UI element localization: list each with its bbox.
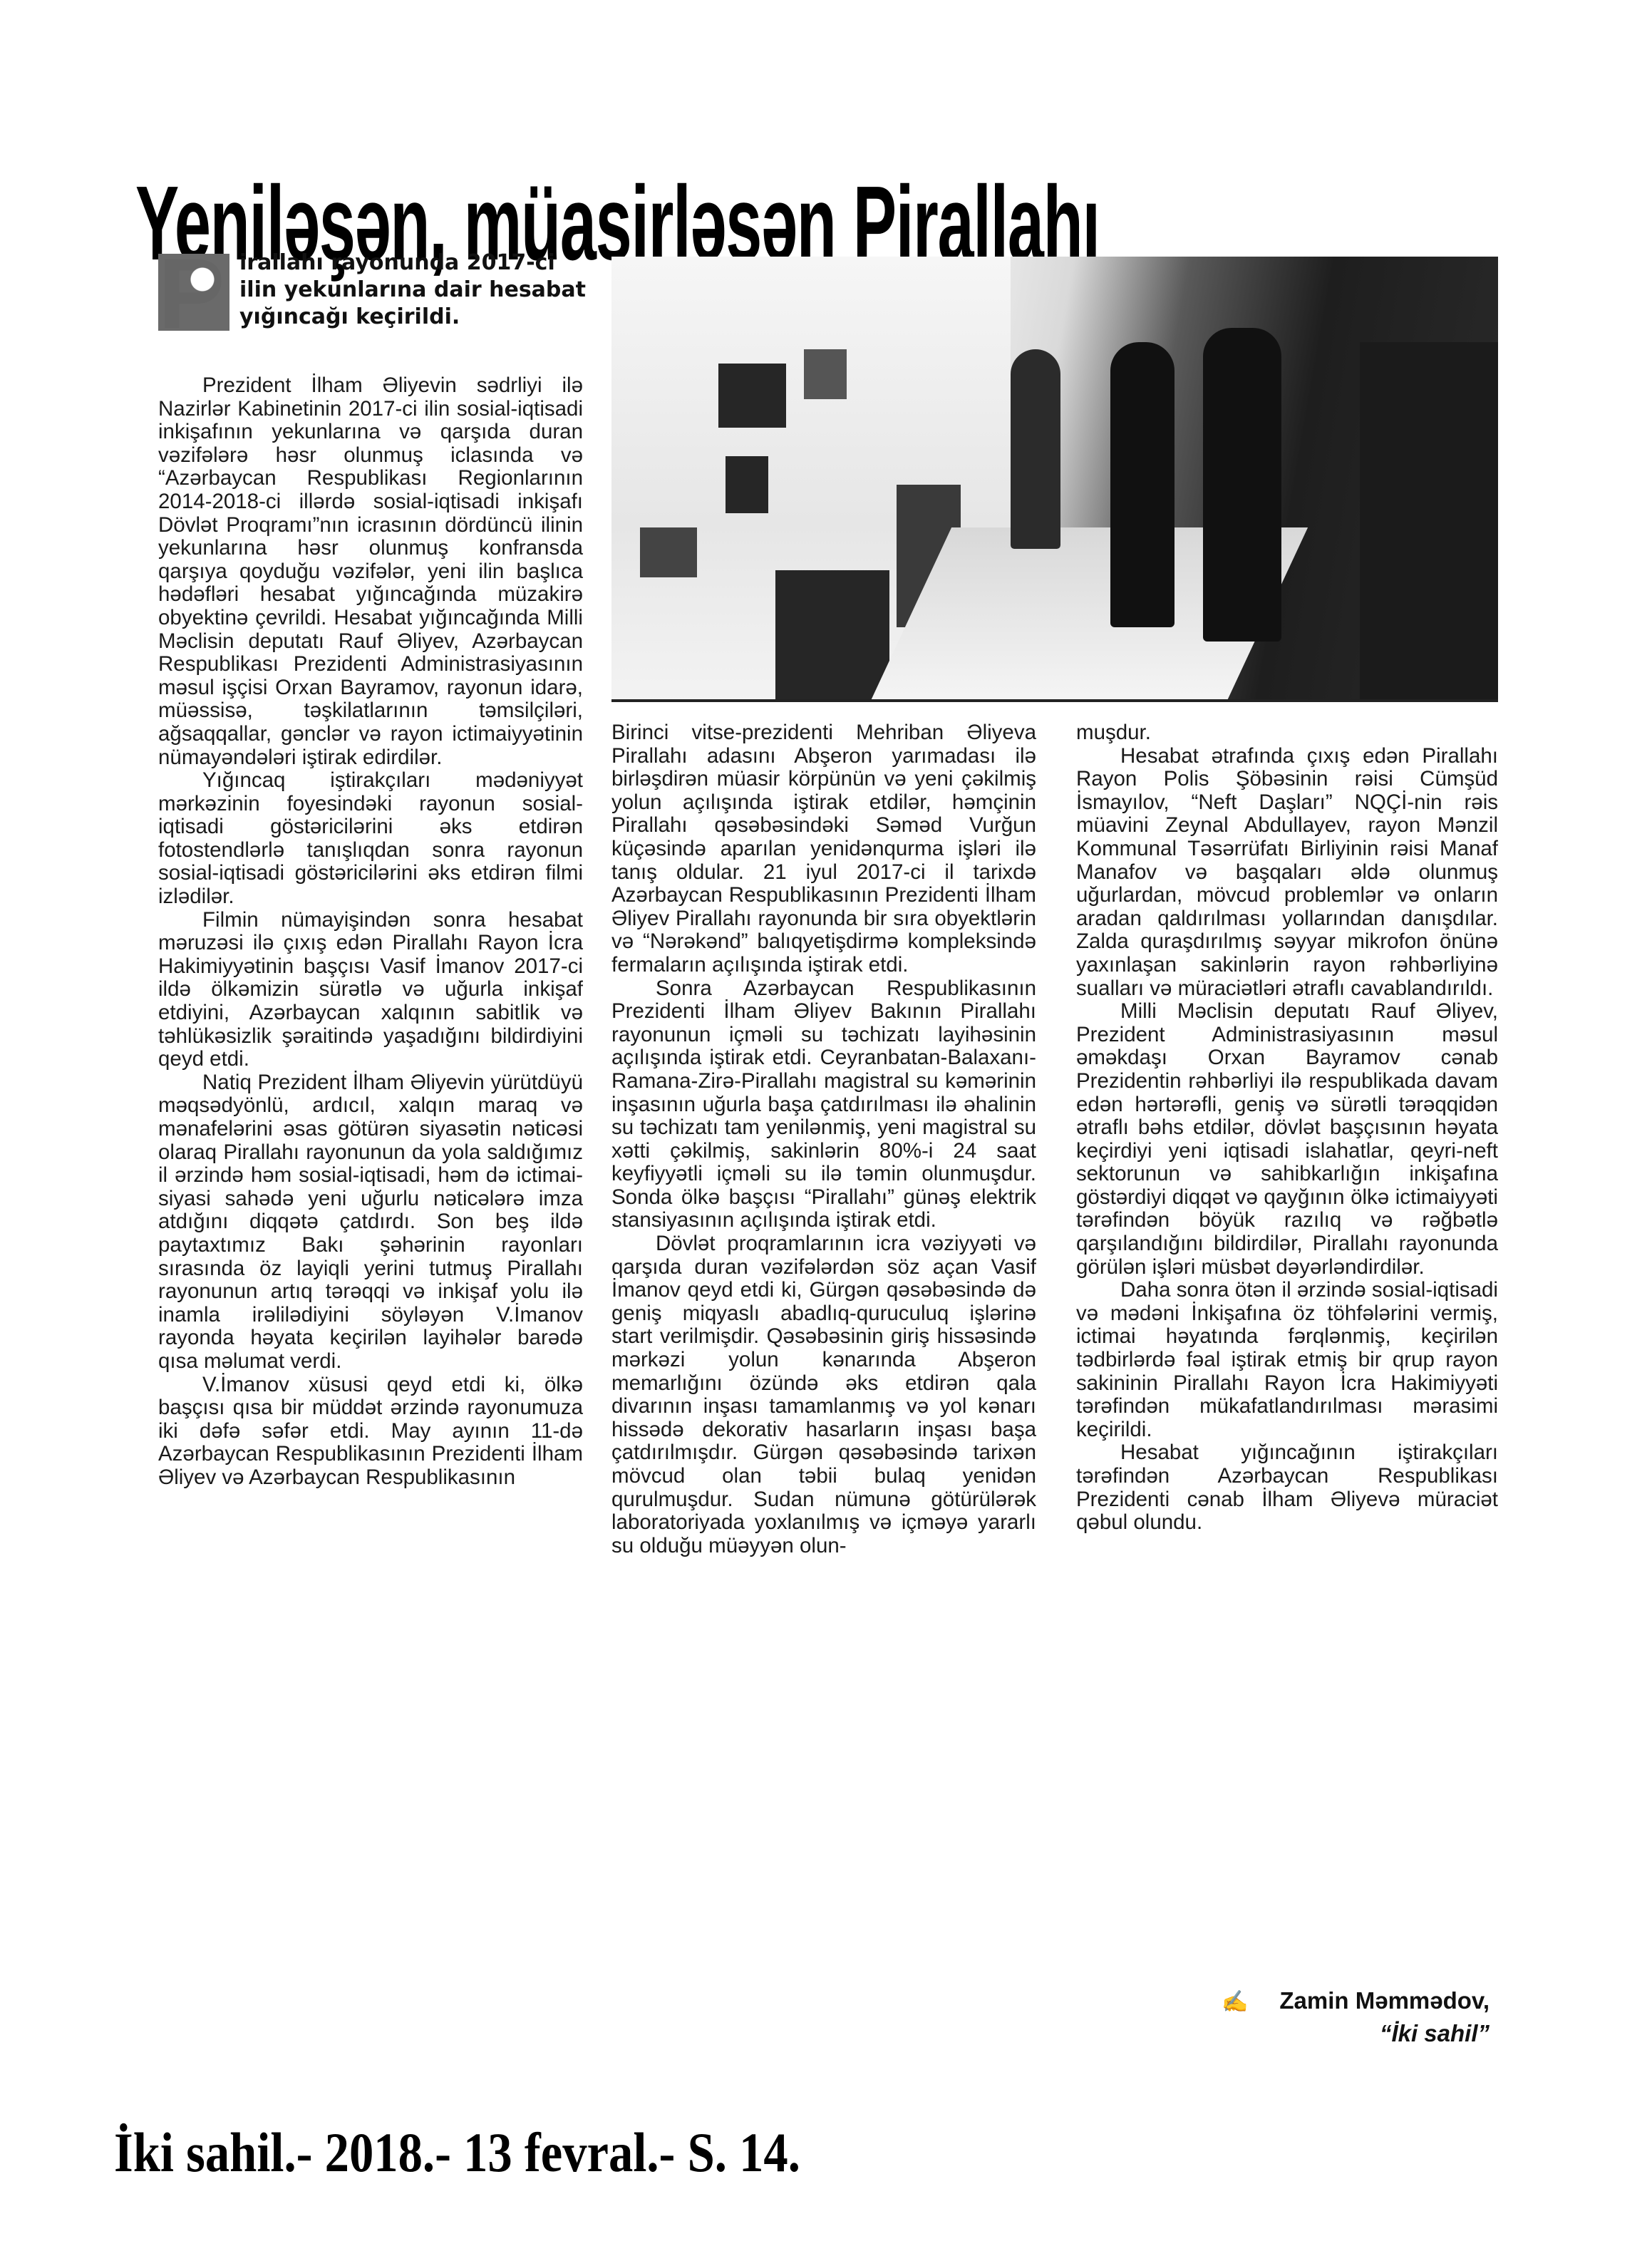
photo-frame: [718, 364, 786, 428]
paragraph: Hesabat yığıncağının iştirakçıları tərəf…: [1076, 1441, 1498, 1534]
dropcap: P: [158, 254, 229, 331]
photo-person: [1011, 349, 1060, 549]
article-photo: [611, 257, 1498, 702]
author-name: Zamin Məmmədov,: [1279, 1987, 1490, 2014]
paragraph: Filmin nümayişindən sonra hesabat məruzə…: [158, 909, 583, 1071]
paragraph: Dövlət proqramlarının icra vəziyyəti və …: [611, 1232, 1036, 1557]
photo-frame: [640, 527, 697, 577]
photo-person: [1203, 328, 1281, 642]
paragraph: Prezident İlham Əliyevin sədrliyi ilə Na…: [158, 374, 583, 769]
paragraph: muşdur.: [1076, 721, 1498, 745]
paragraph: Daha sonra ötən il ərzində sosial-iqtisa…: [1076, 1279, 1498, 1441]
publication-name: “İki sahil”: [1147, 2018, 1490, 2049]
article-column-3: muşdur. Hesabat ətrafında çıxış edən Pir…: [1076, 721, 1498, 1535]
photo-display-case: [775, 570, 889, 702]
photo-border: [611, 699, 1498, 702]
article-lead: P irallahı rayonunda 2017-ci ilin yekunl…: [158, 249, 586, 331]
paragraph: Yığıncaq iştirakçıları mədəniyyət mərkəz…: [158, 769, 583, 909]
paragraph: Natiq Prezident İlham Əliyevin yürütdüyü…: [158, 1071, 583, 1374]
article-byline: ✍Zamin Məmmədov, “İki sahil”: [1147, 1985, 1490, 2049]
source-citation: İki sahil.- 2018.- 13 fevral.- S. 14.: [114, 2117, 1055, 2188]
photo-person: [1110, 342, 1175, 627]
paragraph: Sonra Azərbaycan Respublikasının Prezide…: [611, 977, 1036, 1233]
article-column-2: Birinci vitse-prezidenti Mehriban Əliyev…: [611, 721, 1036, 1557]
paragraph: Milli Məclisin deputatı Rauf Əliyev, Pre…: [1076, 1000, 1498, 1279]
paragraph: V.İmanov xüsusi qeyd etdi ki, ölkə başçı…: [158, 1374, 583, 1490]
photo-person-foreground: [1360, 342, 1498, 702]
lead-text: irallahı rayonunda 2017-ci ilin yekunlar…: [239, 250, 586, 329]
pen-icon: ✍: [1222, 1987, 1248, 2018]
paragraph: Hesabat ətrafında çıxış edən Pirallahı R…: [1076, 745, 1498, 1001]
photo-frame: [804, 349, 847, 399]
photo-frame: [726, 456, 768, 513]
article-column-1: Prezident İlham Əliyevin sədrliyi ilə Na…: [158, 374, 583, 1490]
paragraph: Birinci vitse-prezidenti Mehriban Əliyev…: [611, 721, 1036, 977]
